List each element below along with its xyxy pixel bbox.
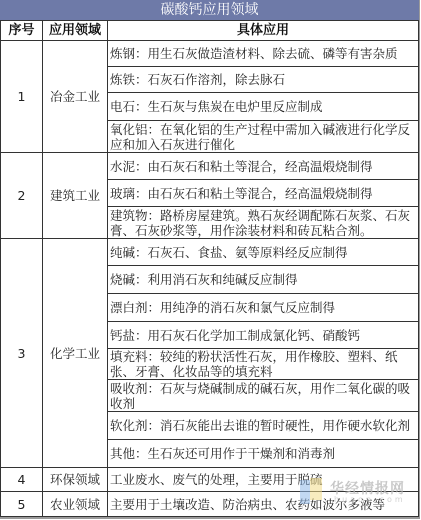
table-row: 4 环保领域 工业废水、废气的处理，主要用于脱硫 [1, 468, 419, 492]
row-index: 3 [1, 239, 43, 468]
row-domain: 化学工业 [43, 239, 108, 468]
table-row: 2 建筑工业 水泥：由石灰石和粘土等混合，经高温煅烧制得 [1, 153, 419, 180]
detail-cell: 烧碱：利用消石灰和纯碱反应制得 [108, 266, 419, 294]
detail-cell: 建筑物：路桥房屋建筑。熟石灰经调配陈石灰浆、石灰膏、石灰砂浆等，用作涂装材料和砖… [108, 207, 419, 239]
row-index: 5 [1, 492, 43, 517]
row-domain: 农业领域 [43, 492, 108, 517]
row-domain: 建筑工业 [43, 153, 108, 239]
detail-cell: 炼钢：用生石灰做造渣材料、除去硫、磷等有害杂质 [108, 41, 419, 67]
row-domain: 环保领域 [43, 468, 108, 492]
detail-cell: 水泥：由石灰石和粘土等混合，经高温煅烧制得 [108, 153, 419, 180]
row-index: 1 [1, 41, 43, 153]
detail-cell: 纯碱：石灰石、食盐、氨等原料经反应制得 [108, 239, 419, 266]
table-row: 1 冶金工业 炼钢：用生石灰做造渣材料、除去硫、磷等有害杂质 [1, 41, 419, 67]
calcium-carbonate-applications-table: 碳酸钙应用领域 序号 应用领域 具体应用 1 冶金工业 炼钢：用生石灰做造渣材料… [0, 0, 419, 517]
row-domain: 冶金工业 [43, 41, 108, 153]
detail-cell: 填充料：较纯的粉状活性石灰，用作橡胶、塑料、纸张、牙膏、化妆品等的填充料 [108, 349, 419, 380]
header-index: 序号 [1, 21, 43, 41]
table-row: 3 化学工业 纯碱：石灰石、食盐、氨等原料经反应制得 [1, 239, 419, 266]
title-row: 碳酸钙应用领域 [1, 1, 419, 21]
row-index: 4 [1, 468, 43, 492]
header-domain: 应用领域 [43, 21, 108, 41]
row-index: 2 [1, 153, 43, 239]
header-row: 序号 应用领域 具体应用 [1, 21, 419, 41]
detail-cell: 氧化铝：在氧化铝的生产过程中需加入碱液进行化学反应和加入石灰进行催化 [108, 121, 419, 153]
table-title: 碳酸钙应用领域 [1, 1, 419, 21]
table-row: 5 农业领域 主要用于土壤改造、防治病虫、农药如波尔多液等 [1, 492, 419, 517]
detail-cell: 漂白剂：用纯净的消石灰和氯气反应制得 [108, 294, 419, 322]
detail-cell: 工业废水、废气的处理，主要用于脱硫 [108, 468, 419, 492]
detail-cell: 钙盐：用石灰石化学加工制成氯化钙、硝酸钙 [108, 322, 419, 349]
detail-cell: 软化剂：消石灰能出去谁的暂时硬性，用作硬水软化剂 [108, 412, 419, 440]
header-detail: 具体应用 [108, 21, 419, 41]
detail-cell: 其他：生石灰还可用作于干燥剂和消毒剂 [108, 440, 419, 468]
detail-cell: 电石：生石灰与焦炭在电炉里反应制成 [108, 93, 419, 121]
detail-cell: 主要用于土壤改造、防治病虫、农药如波尔多液等 [108, 492, 419, 517]
detail-cell: 炼铁：石灰石作溶剂，除去脉石 [108, 67, 419, 93]
detail-cell: 吸收剂：石灰与烧碱制成的碱石灰，用作二氧化碳的吸收剂 [108, 380, 419, 412]
detail-cell: 玻璃：由石灰石和粘土等混合，经高温煅烧制得 [108, 180, 419, 207]
